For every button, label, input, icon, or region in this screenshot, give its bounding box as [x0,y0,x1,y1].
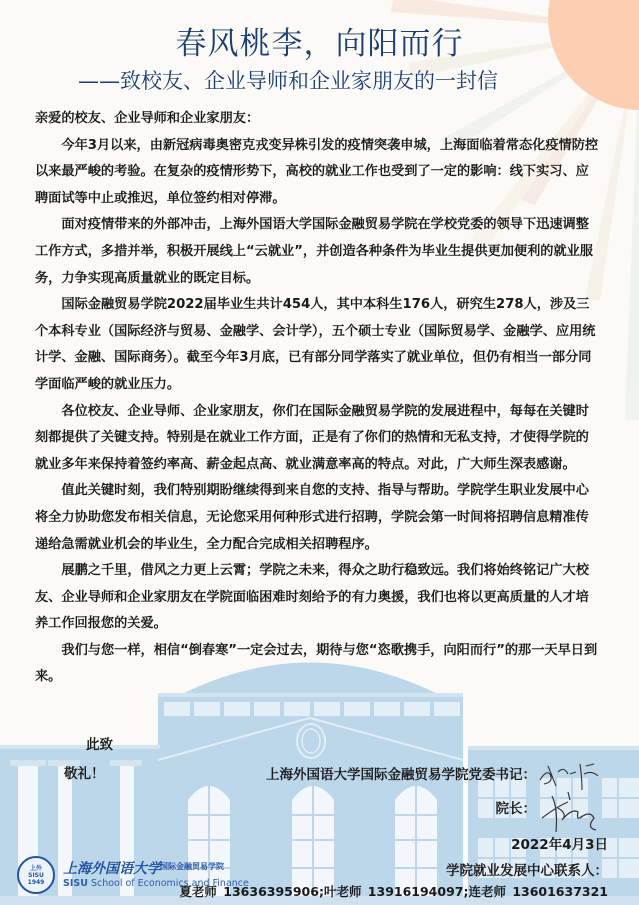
logo-english-school: School of Economics and Finance [91,878,249,889]
dean-signature [538,788,608,836]
letter-title: 春风桃李，向阳而行 [0,18,639,63]
logo-abbr: SISU [63,878,88,889]
seal-mid-text: SISU [28,872,44,879]
party-secretary-label: 上海外国语大学国际金融贸易学院党委书记： [266,763,536,783]
letter-subtitle: ——致校友、企业导师和企业家朋友的一封信 [78,65,498,95]
letter-page: 春风桃李，向阳而行 ——致校友、企业导师和企业家朋友的一封信 亲爱的校友、企业导… [0,0,639,905]
letter-body: 亲爱的校友、企业导师和企业家朋友： 今年3月以来，由新冠病毒奥密克戎变异株引发的… [35,106,600,691]
paragraph-3: 国际金融贸易学院2022届毕业生共计454人，其中本科生176人，研究生278人… [35,292,600,398]
logo-english-name: SISUSchool of Economics and Finance [63,878,249,889]
paragraph-7: 我们与您一样，相信“倒春寒”一定会过去，期待与您“恣歌携手，向阳而行”的那一天早… [35,638,600,691]
school-logo: 上外 SISU 1949 上海外国语大学 国际金融贸易学院 SISUSchool… [17,856,237,898]
letter-date: 2022年4月3日 [511,833,608,853]
closing-salutation: 此致 [86,733,113,753]
greeting: 亲爱的校友、企业导师和企业家朋友： [35,106,600,133]
seal-year-text: 1949 [28,879,45,886]
university-seal-icon: 上外 SISU 1949 [17,856,55,894]
paragraph-2: 面对疫情带来的外部冲击，上海外国语大学国际金融贸易学院在学校党委的领导下迅速调整… [35,212,600,292]
paragraph-5: 值此关键时刻，我们特别期盼继续得到来自您的支持、指导与帮助。学院学生职业发展中心… [35,478,600,558]
logo-university-name: 上海外国语大学 [63,858,161,878]
contact-heading: 学院就业发展中心联系人： [446,859,608,879]
logo-department-name: 国际金融贸易学院 [160,861,224,872]
paragraph-6: 展鹏之千里，借风之力更上云霄；学院之未来，得众之助行稳致远。我们将始终铭记广大校… [35,558,600,638]
seal-top-text: 上外 [30,865,42,872]
paragraph-1: 今年3月以来，由新冠病毒奥密克戎变异株引发的疫情突袭申城，上海面临着常态化疫情防… [35,133,600,213]
closing-regards: 敬礼！ [64,762,105,782]
dean-label: 院长： [496,797,537,817]
paragraph-4: 各位校友、企业导师、企业家朋友，你们在国际金融贸易学院的发展进程中，每每在关键时… [35,399,600,479]
secretary-signature [536,752,606,792]
